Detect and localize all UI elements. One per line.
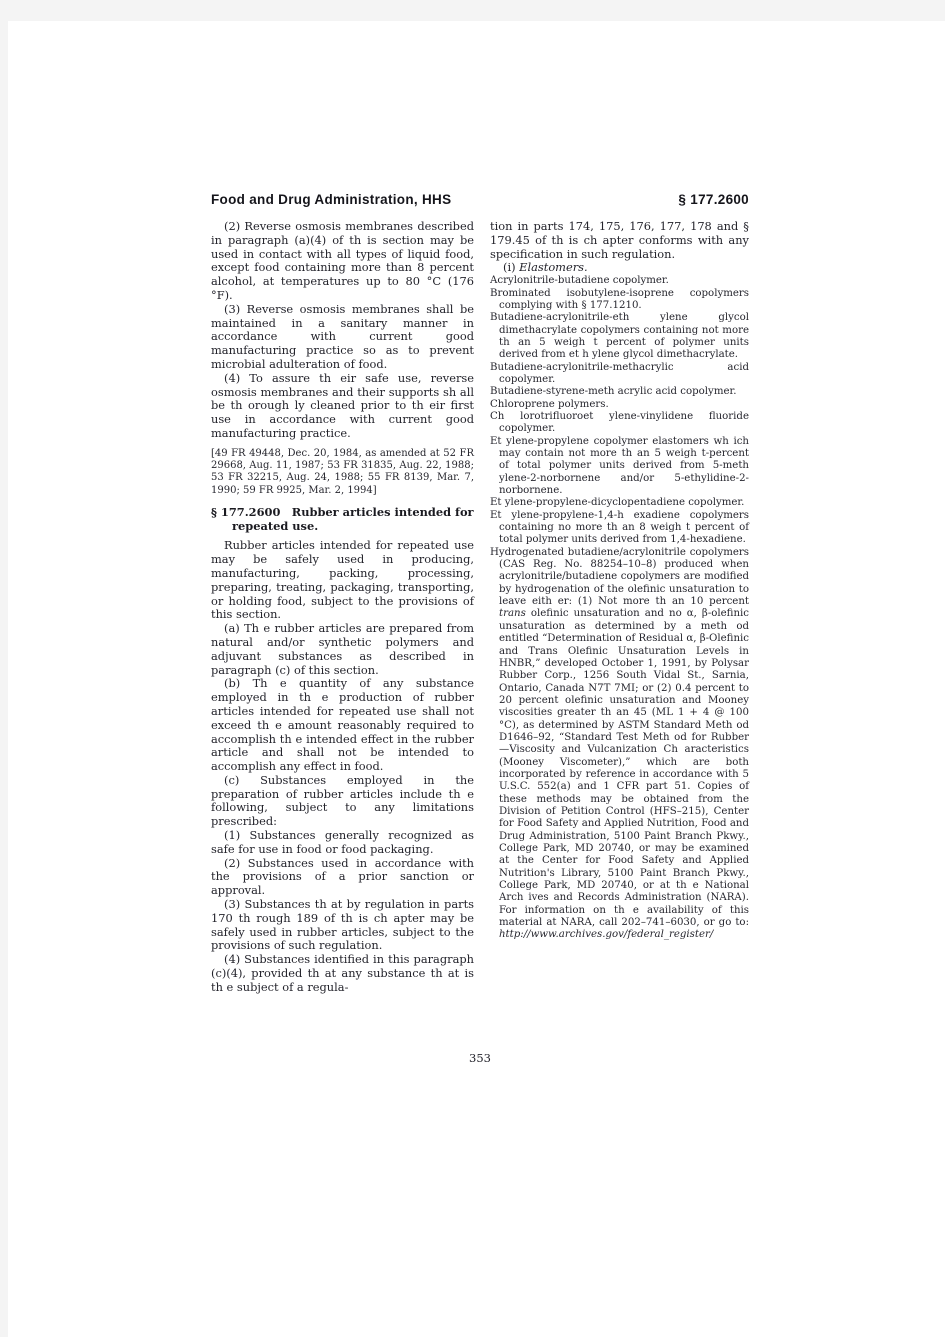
text-segment: (1) Substances generally recognized as s… [211, 828, 474, 856]
text-segment: Acrylonitrile-butadiene copolymer. [490, 275, 669, 286]
page-number: 353 [211, 1051, 749, 1065]
text-segment: Hydrogenated butadiene/acrylonitrile cop… [490, 547, 749, 607]
text-segment: (3) Reverse osmosis membranes shall be m… [211, 302, 474, 371]
running-header-agency: Food and Drug Administration, HHS [211, 192, 451, 207]
elastomer-list-item: Butadiene-styrene-meth acrylic acid copo… [490, 386, 749, 398]
text-segment: Rubber articles intended for repeated us… [211, 538, 474, 621]
elastomer-list-item: Et ylene-propylene-dicyclopentadiene cop… [490, 497, 749, 509]
paragraph-c3: (3) Substances th at by regulation in pa… [211, 898, 474, 953]
section-heading: § 177.2600 Rubber articles intended for … [211, 506, 474, 533]
paragraph-c4: (4) Substances identified in this paragr… [211, 953, 474, 994]
section-intro: Rubber articles intended for repeated us… [211, 539, 474, 622]
text-segment: Butadiene-styrene-meth acrylic acid copo… [490, 386, 737, 397]
paragraph-4: (4) To assure th eir safe use, reverse o… [211, 372, 474, 441]
running-header-section-number: § 177.2600 [678, 192, 749, 207]
paragraph-c4-continuation: tion in parts 174, 175, 176, 177, 178 an… [490, 220, 749, 261]
italic-text-segment: trans [499, 608, 526, 619]
paragraph-c: (c) Substances employed in the preparati… [211, 774, 474, 829]
text-segment: (b) Th e quantity of any substance emplo… [211, 676, 474, 773]
elastomer-list-item: Et ylene-propylene copolymer elastomers … [490, 436, 749, 498]
text-segment: Butadiene-acrylonitrile-methacrylic acid… [490, 362, 749, 385]
amendment-citation: [49 FR 49448, Dec. 20, 1984, as amended … [211, 448, 474, 497]
italic-text-segment: Elastomers. [519, 260, 587, 274]
elastomer-list-item: Et ylene-propylene-1,4-h exadiene copoly… [490, 510, 749, 547]
paragraph-a: (a) Th e rubber articles are prepared fr… [211, 622, 474, 677]
running-header: Food and Drug Administration, HHS § 177.… [211, 192, 749, 207]
text-segment: (3) Substances th at by regulation in pa… [211, 897, 474, 952]
text-segment: Ch lorotrifluoroet ylene-vinylidene fluo… [490, 411, 749, 434]
scanned-cfr-page: { "colors": { "margin_bg": "#f4f4f4", "p… [0, 0, 945, 1337]
paragraph-2: (2) Reverse osmosis membranes described … [211, 220, 474, 303]
elastomer-list-item: Ch lorotrifluoroet ylene-vinylidene fluo… [490, 411, 749, 436]
elastomer-list-item: Acrylonitrile-butadiene copolymer. [490, 275, 749, 287]
text-segment: Et ylene-propylene-1,4-h exadiene copoly… [490, 510, 749, 546]
text-segment: Butadiene-acrylonitrile-eth ylene glycol… [490, 312, 749, 360]
two-column-text: (2) Reverse osmosis membranes described … [211, 220, 749, 995]
left-column: (2) Reverse osmosis membranes described … [211, 220, 474, 995]
text-segment: (4) Substances identified in this paragr… [211, 952, 474, 994]
paragraph-3: (3) Reverse osmosis membranes shall be m… [211, 303, 474, 372]
right-column: tion in parts 174, 175, 176, 177, 178 an… [490, 220, 749, 995]
paragraph-c2: (2) Substances used in accordance with t… [211, 857, 474, 898]
elastomer-list-item: Hydrogenated butadiene/acrylonitrile cop… [490, 547, 749, 942]
text-segment: Brominated isobutylene-isoprene copolyme… [490, 288, 749, 311]
text-segment: olefinic unsaturation and no α, β-olefin… [499, 608, 749, 928]
elastomer-list-item: Butadiene-acrylonitrile-methacrylic acid… [490, 362, 749, 387]
text-segment: (2) Substances used in accordance with t… [211, 856, 474, 898]
text-segment: § 177.2600 Rubber articles intended for … [211, 505, 474, 533]
paragraph-i-elastomers: (i) Elastomers. [490, 261, 749, 275]
text-segment: (i) [503, 260, 519, 274]
text-segment: (a) Th e rubber articles are prepared fr… [211, 621, 474, 676]
text-segment: (c) Substances employed in the preparati… [211, 773, 474, 828]
elastomer-list-item: Brominated isobutylene-isoprene copolyme… [490, 288, 749, 313]
text-segment: (2) Reverse osmosis membranes described … [211, 219, 474, 302]
italic-text-segment: http://www.archives.gov/federal_register… [499, 929, 713, 940]
elastomer-list-item: Chloroprene polymers. [490, 399, 749, 411]
page-content: Food and Drug Administration, HHS § 177.… [211, 192, 749, 995]
text-segment: (4) To assure th eir safe use, reverse o… [211, 371, 474, 440]
text-segment: [49 FR 49448, Dec. 20, 1984, as amended … [211, 448, 474, 496]
text-segment: Chloroprene polymers. [490, 399, 609, 410]
text-segment: tion in parts 174, 175, 176, 177, 178 an… [490, 219, 749, 261]
document-page: Food and Drug Administration, HHS § 177.… [8, 21, 945, 1337]
elastomer-list-item: Butadiene-acrylonitrile-eth ylene glycol… [490, 312, 749, 361]
text-segment: Et ylene-propylene-dicyclopentadiene cop… [490, 497, 744, 508]
paragraph-b: (b) Th e quantity of any substance emplo… [211, 677, 474, 774]
paragraph-c1: (1) Substances generally recognized as s… [211, 829, 474, 857]
text-segment: Et ylene-propylene copolymer elastomers … [490, 436, 749, 496]
